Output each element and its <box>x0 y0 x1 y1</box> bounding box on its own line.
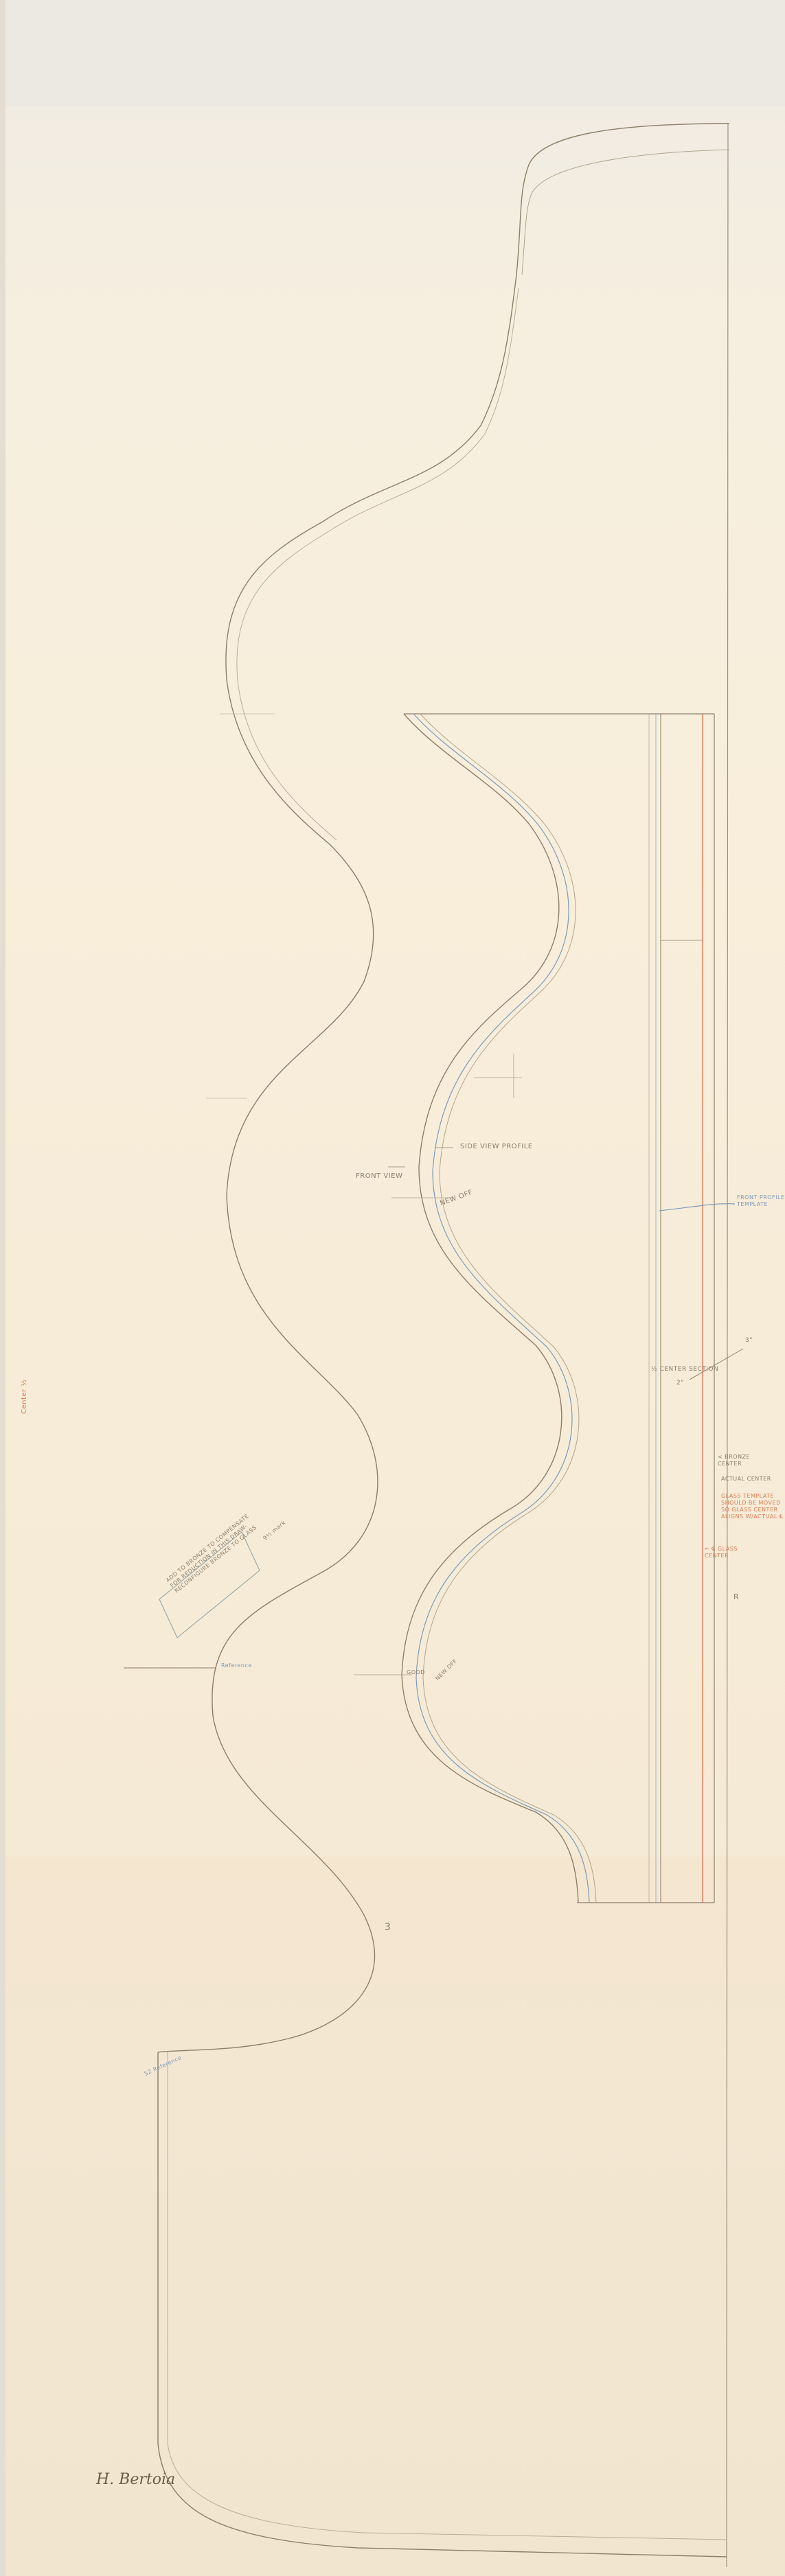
profile-drawing <box>0 0 785 2576</box>
top-cap-outer-curve <box>516 124 729 275</box>
drawing-sheet: SIDE VIEW PROFILE FRONT VIEW NEW OFF FRO… <box>0 0 785 2576</box>
outer-wave-secondary <box>237 288 519 840</box>
front-view-label: FRONT VIEW <box>356 1172 402 1181</box>
marker-r: R <box>733 1592 739 1602</box>
top-cap-inner-curve <box>522 150 729 275</box>
right-frame-line <box>727 124 728 2567</box>
front-template-leader <box>659 1204 735 1211</box>
half-center-section-label: ½ CENTER SECTION <box>651 1366 718 1373</box>
good-label: GOOD <box>407 1669 425 1676</box>
glass-center-label: ← ℄ GLASS CENTER <box>705 1546 738 1559</box>
inner-wave-outline <box>420 714 596 1903</box>
inner-wave-front-view <box>402 714 578 1903</box>
inner-wave-side-profile <box>413 714 589 1903</box>
dimension-2-inch: 2" <box>676 1380 684 1387</box>
bottom-base-curve <box>158 2052 727 2557</box>
outer-wave-profile <box>158 275 516 2052</box>
actual-center-label: ACTUAL CENTER <box>721 1476 771 1483</box>
dimension-3-inch: 3" <box>745 1337 753 1345</box>
marker-3: 3 <box>385 1922 391 1934</box>
bottom-base-inner-curve <box>168 2052 727 2540</box>
artist-signature: H. Bertoia <box>96 2471 175 2488</box>
front-profile-template-label: FRONT PROFILE TEMPLATE <box>737 1194 785 1208</box>
bronze-center-label: < BRONZE CENTER <box>718 1454 750 1467</box>
glass-template-note: GLASS TEMPLATE SHOULD BE MOVED SO GLASS … <box>721 1493 783 1520</box>
center-half-vertical-label: Center ½ <box>21 1379 30 1414</box>
center-section-leader <box>690 1349 743 1380</box>
side-view-profile-label: SIDE VIEW PROFILE <box>460 1143 533 1152</box>
left-dimension-label: Reference <box>221 1662 252 1669</box>
